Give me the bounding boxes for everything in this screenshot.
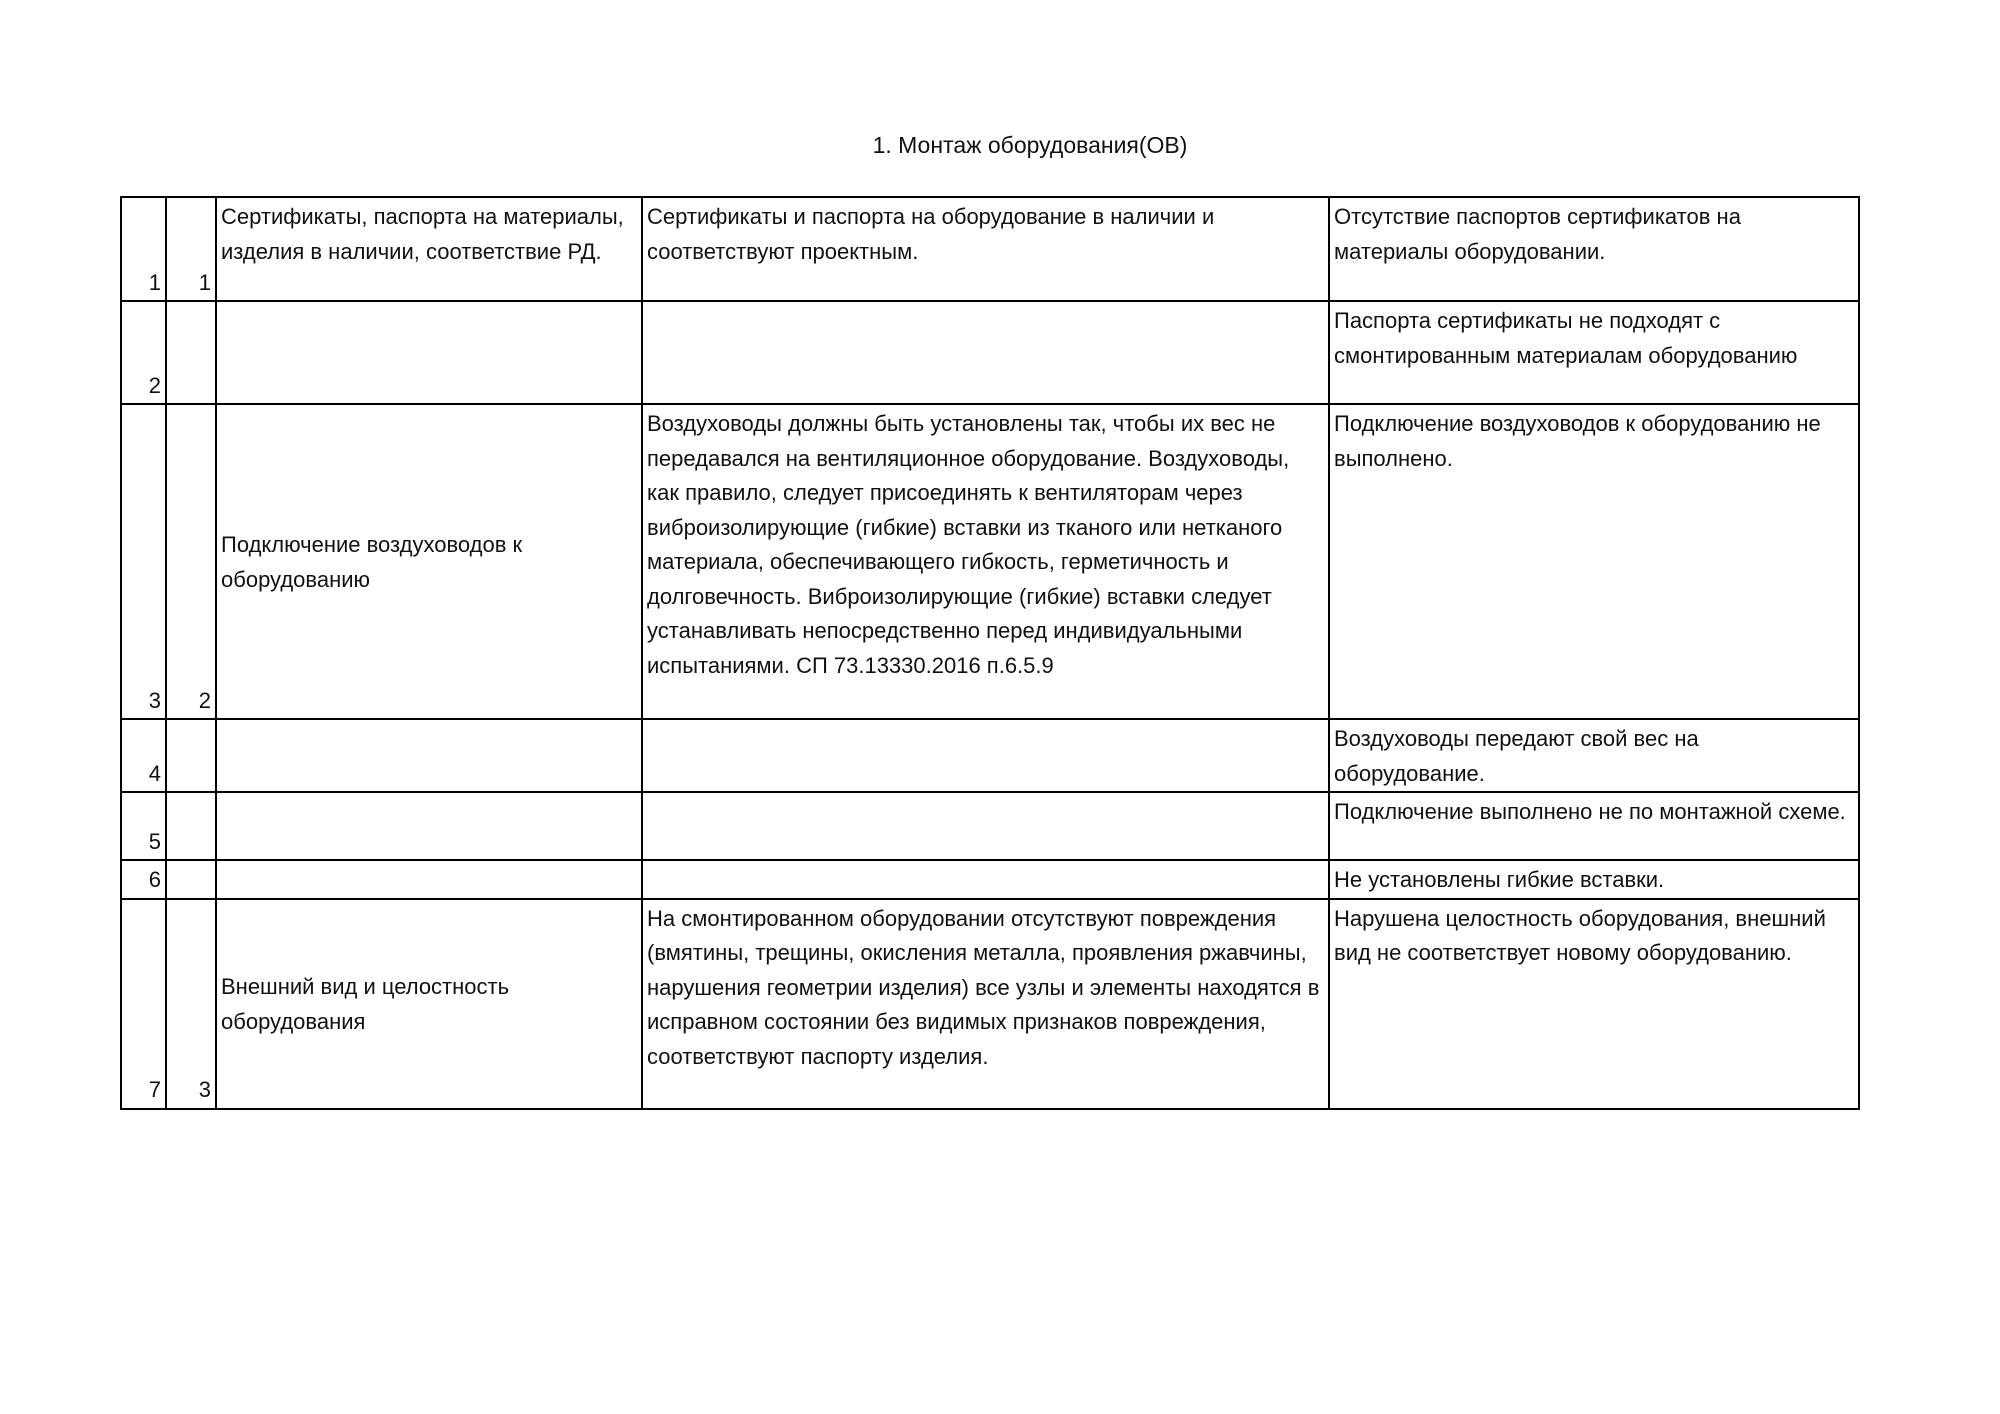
requirement-text: Сертификаты и паспорта на оборудование в… bbox=[642, 197, 1329, 301]
row-number: 5 bbox=[121, 792, 166, 860]
row-number: 3 bbox=[121, 404, 166, 719]
item-name bbox=[216, 860, 642, 899]
inspection-table: 1 1 Сертификаты, паспорта на материалы, … bbox=[120, 196, 1860, 1110]
table-row: 3 2 Подключение воздуховодов к оборудова… bbox=[121, 404, 1859, 719]
defect-text: Нарушена целостность оборудования, внешн… bbox=[1329, 899, 1859, 1109]
requirement-text bbox=[642, 860, 1329, 899]
item-name bbox=[216, 301, 642, 404]
item-name bbox=[216, 792, 642, 860]
item-number bbox=[166, 860, 216, 899]
requirement-text: На смонтированном оборудовании отсутству… bbox=[642, 899, 1329, 1109]
item-number: 3 bbox=[166, 899, 216, 1109]
defect-text: Паспорта сертификаты не подходят с смонт… bbox=[1329, 301, 1859, 404]
page-title: 1. Монтаж оборудования(ОВ) bbox=[30, 132, 2000, 159]
row-number: 7 bbox=[121, 899, 166, 1109]
row-number: 6 bbox=[121, 860, 166, 899]
item-number: 1 bbox=[166, 197, 216, 301]
table-row: 2 Паспорта сертификаты не подходят с смо… bbox=[121, 301, 1859, 404]
item-number bbox=[166, 792, 216, 860]
table-row: 4 Воздуховоды передают свой вес на обору… bbox=[121, 719, 1859, 792]
row-number: 2 bbox=[121, 301, 166, 404]
item-number bbox=[166, 301, 216, 404]
requirement-text: Воздуховоды должны быть установлены так,… bbox=[642, 404, 1329, 719]
requirement-text bbox=[642, 301, 1329, 404]
defect-text: Подключение выполнено не по монтажной сх… bbox=[1329, 792, 1859, 860]
item-number: 2 bbox=[166, 404, 216, 719]
item-name: Внешний вид и целостность оборудования bbox=[216, 899, 642, 1109]
requirement-text bbox=[642, 792, 1329, 860]
table-row: 5 Подключение выполнено не по монтажной … bbox=[121, 792, 1859, 860]
item-name: Сертификаты, паспорта на материалы, изде… bbox=[216, 197, 642, 301]
row-number: 4 bbox=[121, 719, 166, 792]
defect-text: Не установлены гибкие вставки. bbox=[1329, 860, 1859, 899]
table-row: 6 Не установлены гибкие вставки. bbox=[121, 860, 1859, 899]
table-row: 7 3 Внешний вид и целостность оборудован… bbox=[121, 899, 1859, 1109]
table-row: 1 1 Сертификаты, паспорта на материалы, … bbox=[121, 197, 1859, 301]
defect-text: Подключение воздуховодов к оборудованию … bbox=[1329, 404, 1859, 719]
row-number: 1 bbox=[121, 197, 166, 301]
requirement-text bbox=[642, 719, 1329, 792]
defect-text: Воздуховоды передают свой вес на оборудо… bbox=[1329, 719, 1859, 792]
defect-text: Отсутствие паспортов сертификатов на мат… bbox=[1329, 197, 1859, 301]
item-number bbox=[166, 719, 216, 792]
item-name bbox=[216, 719, 642, 792]
item-name: Подключение воздуховодов к оборудованию bbox=[216, 404, 642, 719]
